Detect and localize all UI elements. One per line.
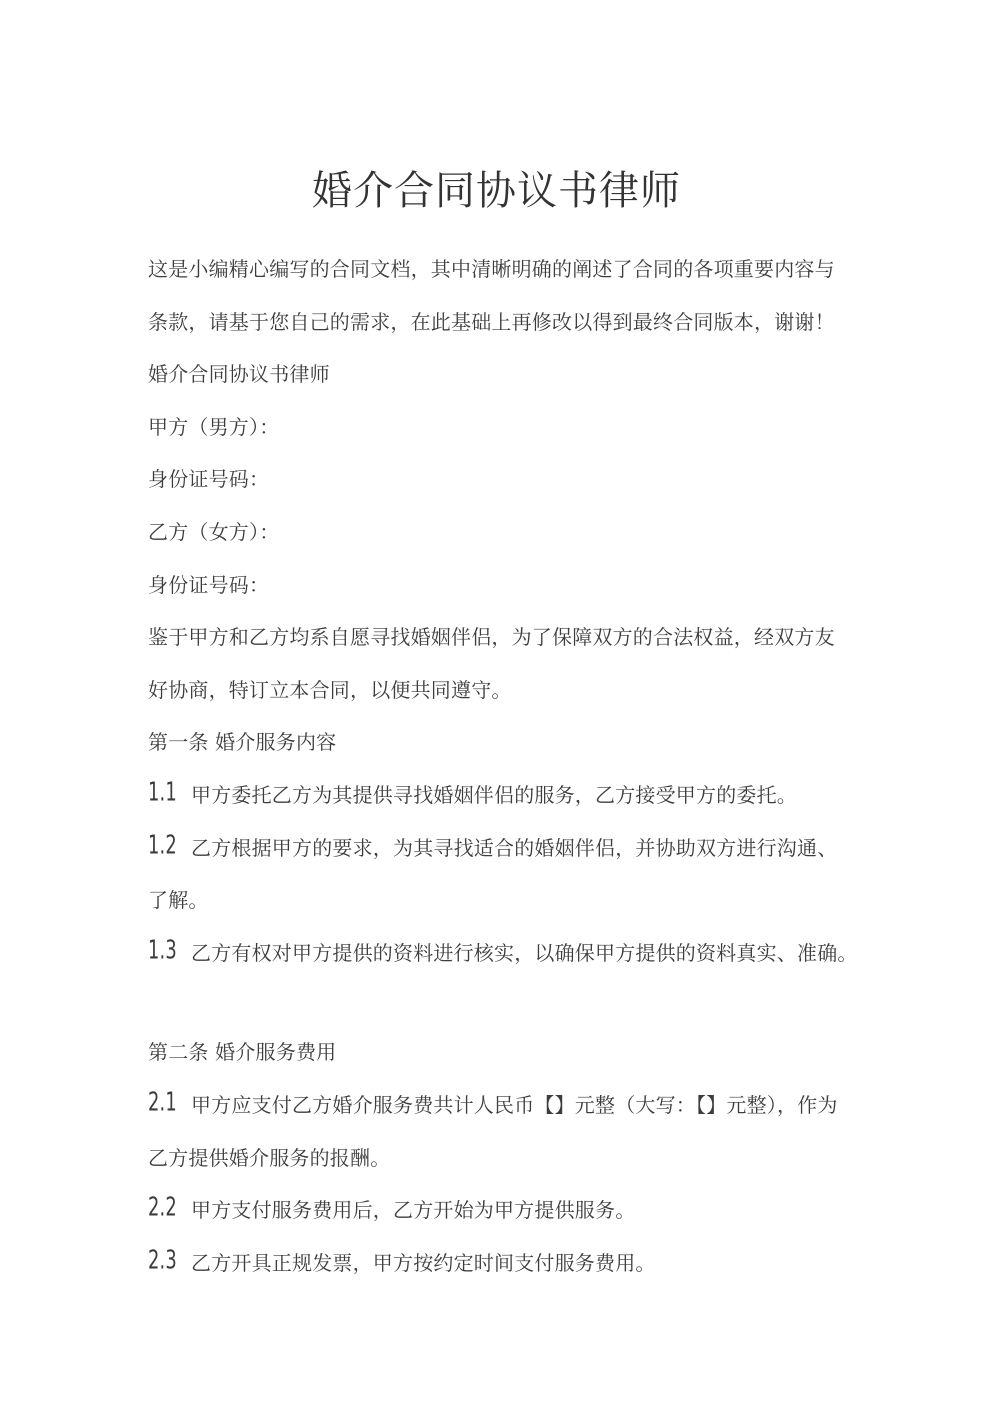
line-text: 第一条 婚介服务内容 [148,730,336,754]
line-text: 甲方（男方）： [148,415,279,439]
document-line: 甲方（男方）： [148,401,993,454]
document-line: 1.3乙方有权对甲方提供的资料进行核实，以确保甲方提供的资料真实、准确。 [148,927,993,980]
document-line: 好协商，特订立本合同，以便共同遵守。 [148,664,993,717]
document-line: 乙方（女方）： [148,506,993,559]
document-line: 1.1甲方委托乙方为其提供寻找婚姻伴侣的服务，乙方接受甲方的委托。 [148,769,993,822]
clause-number: 1.3 [148,937,177,963]
document-line: 条款，请基于您自己的需求，在此基础上再修改以得到最终合同版本，谢谢！ [148,296,993,349]
line-text: 鉴于甲方和乙方均系自愿寻找婚姻伴侣，为了保障双方的合法权益，经双方友 [148,625,835,649]
clause-number: 2.1 [148,1089,177,1115]
line-text: 身份证号码： [148,467,269,491]
document-page: 婚介合同协议书律师 这是小编精心编写的合同文档，其中清晰明确的阐述了合同的各项重… [0,0,993,1404]
line-text: 第二条 婚介服务费用 [148,1040,336,1064]
line-text: 这是小编精心编写的合同文档，其中清晰明确的阐述了合同的各项重要内容与 [148,257,835,281]
document-line: 这是小编精心编写的合同文档，其中清晰明确的阐述了合同的各项重要内容与 [148,243,993,296]
document-title: 婚介合同协议书律师 [0,167,993,215]
document-line: 第二条 婚介服务费用 [148,1026,993,1079]
line-text: 甲方应支付乙方婚介服务费共计人民币【】元整（大写：【】元整），作为 [191,1093,838,1117]
line-text: 乙方（女方）： [148,520,279,544]
document-line: 身份证号码： [148,559,993,612]
clause-number: 1.2 [148,832,177,858]
document-line: 2.2甲方支付服务费用后，乙方开始为甲方提供服务。 [148,1184,993,1237]
document-line: 乙方提供婚介服务的报酬。 [148,1132,993,1185]
line-text: 身份证号码： [148,573,269,597]
document-line: 1.2乙方根据甲方的要求，为其寻找适合的婚姻伴侣，并协助双方进行沟通、 [148,822,993,875]
clause-number: 2.3 [148,1247,177,1273]
line-text: 乙方根据甲方的要求，为其寻找适合的婚姻伴侣，并协助双方进行沟通、 [191,836,837,860]
document-line: 身份证号码： [148,453,993,506]
line-text: 了解。 [148,888,209,912]
blank-line [148,979,993,1026]
clause-number: 1.1 [148,779,177,805]
document-line: 第一条 婚介服务内容 [148,716,993,769]
line-text: 乙方开具正规发票，甲方按约定时间支付服务费用。 [191,1251,656,1275]
clause-number: 2.2 [148,1195,177,1221]
line-text: 乙方提供婚介服务的报酬。 [148,1146,390,1170]
document-line: 婚介合同协议书律师 [148,348,993,401]
line-text: 甲方支付服务费用后，乙方开始为甲方提供服务。 [191,1198,635,1222]
line-text: 甲方委托乙方为其提供寻找婚姻伴侣的服务，乙方接受甲方的委托。 [191,783,797,807]
document-line: 鉴于甲方和乙方均系自愿寻找婚姻伴侣，为了保障双方的合法权益，经双方友 [148,611,993,664]
line-text: 乙方有权对甲方提供的资料进行核实，以确保甲方提供的资料真实、准确。 [191,941,858,965]
document-line: 了解。 [148,874,993,927]
line-text: 条款，请基于您自己的需求，在此基础上再修改以得到最终合同版本，谢谢！ [148,310,835,334]
line-text: 好协商，特订立本合同，以便共同遵守。 [148,678,512,702]
line-text: 婚介合同协议书律师 [148,362,330,386]
document-line: 2.3乙方开具正规发票，甲方按约定时间支付服务费用。 [148,1237,993,1290]
document-body: 这是小编精心编写的合同文档，其中清晰明确的阐述了合同的各项重要内容与条款，请基于… [148,243,993,1289]
document-line: 2.1甲方应支付乙方婚介服务费共计人民币【】元整（大写：【】元整），作为 [148,1079,993,1132]
